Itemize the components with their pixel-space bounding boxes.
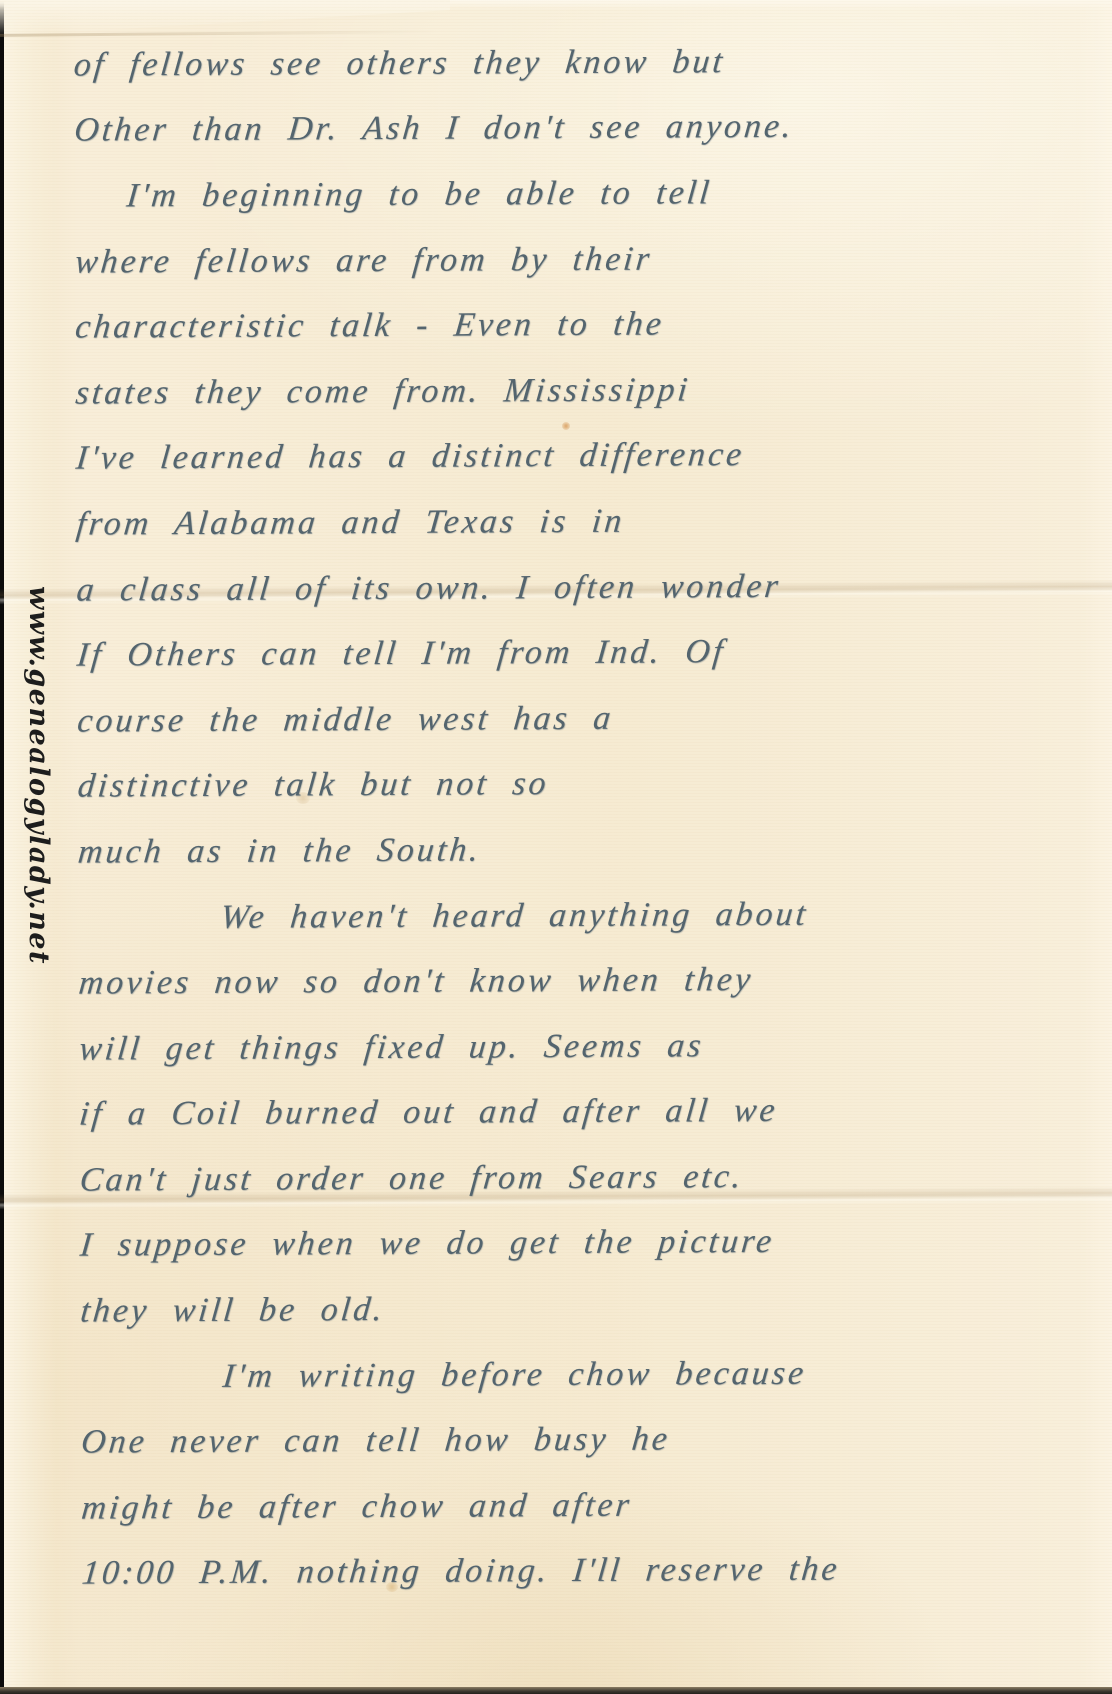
letter-line: One never can tell how busy he — [81, 1405, 1079, 1476]
letter-line: much as in the South. — [78, 815, 1076, 886]
letter-line: 10:00 P.M. nothing doing. I'll reserve t… — [82, 1536, 1080, 1607]
letter-line: I'm beginning to be able to tell — [75, 159, 1073, 230]
letter-line: states they come from. Mississippi — [76, 355, 1074, 426]
letter-line: I suppose when we do get the picture — [80, 1208, 1078, 1279]
letter-line: a class all of its own. I often wonder — [77, 552, 1075, 623]
letter-scan-page: www.genealogylady.net of fellows see oth… — [0, 0, 1112, 1694]
letter-line: If Others can tell I'm from Ind. Of — [77, 618, 1075, 689]
letter-line: characteristic talk - Even to the — [75, 290, 1073, 361]
letter-line: We haven't heard anything about — [78, 880, 1076, 951]
letter-line: of fellows see others they know but — [74, 27, 1072, 98]
letter-line: Can't just order one from Sears etc. — [80, 1142, 1078, 1213]
letter-line: movies now so don't know when they — [79, 946, 1077, 1017]
watermark: www.genealogylady.net — [18, 586, 54, 1022]
letter-line: might be after chow and after — [81, 1470, 1079, 1541]
letter-line: from Alabama and Texas is in — [76, 487, 1074, 558]
letter-body: of fellows see others they know but Othe… — [74, 27, 1080, 1606]
letter-line: distinctive talk but not so — [78, 749, 1076, 820]
letter-line: I've learned has a distinct difference — [76, 421, 1074, 492]
letter-line: where fellows are from by their — [75, 224, 1073, 295]
letter-line: Other than Dr. Ash I don't see anyone. — [74, 93, 1072, 164]
letter-line: they will be old. — [80, 1274, 1078, 1345]
letter-line: if a Coil burned out and after all we — [79, 1077, 1077, 1148]
scan-bottom-edge — [0, 1687, 1112, 1694]
letter-line: I'm writing before chow because — [81, 1339, 1079, 1410]
letter-line: course the middle west has a — [77, 683, 1075, 754]
letter-line: will get things fixed up. Seems as — [79, 1011, 1077, 1082]
